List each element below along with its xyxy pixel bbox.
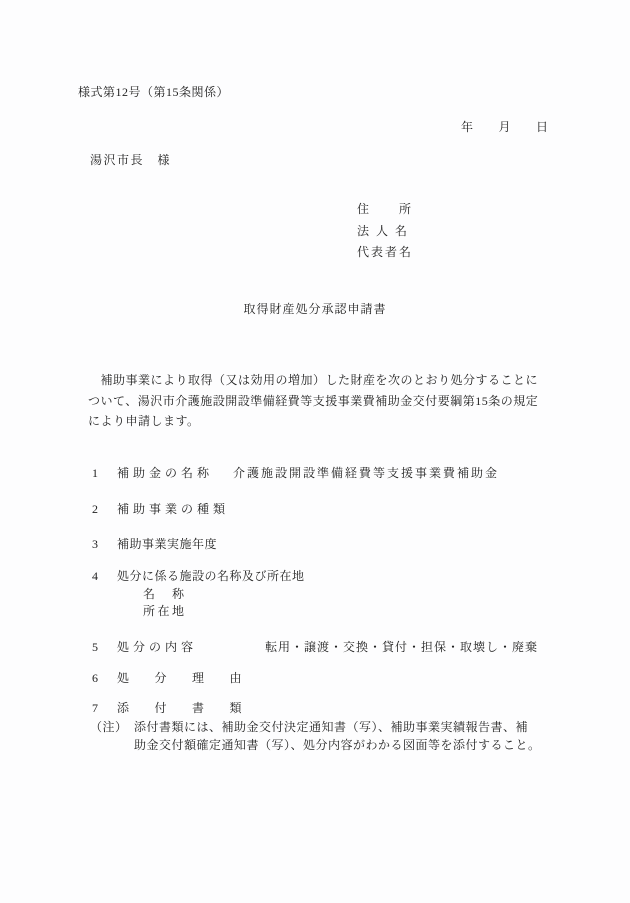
item-label: 処 分 の 内 容 [117,640,194,655]
body-paragraph-line: ついて、湯沢市介護施設開設準備経費等支援事業費補助金交付要綱第15条の規定 [88,391,538,412]
item-number: 6 [92,671,99,686]
applicant-address-label: 住 所 [357,199,413,221]
facility-name-label: 名 称 [143,587,187,602]
item-label: 添 付 書 類 [117,701,242,716]
item-number: 2 [92,502,99,517]
item-label: 処 分 理 由 [117,671,242,686]
facility-location-label: 所在地 [143,604,187,619]
item-label: 補助事業実施年度 [117,537,217,552]
document-title: 取得財産処分承認申請書 [0,302,630,317]
applicant-representative-label: 代表者名 [357,242,413,264]
addressee: 湯沢市長 様 [90,153,171,168]
item-value: 介護施設開設準備経費等支援事業費補助金 [233,466,499,481]
applicant-block: 住 所 法 人 名 代表者名 [357,199,413,264]
form-number: 様式第12号（第15条関係） [78,85,229,100]
item-label: 補 助 事 業 の 種 類 [117,502,226,517]
application-form-page: 様式第12号（第15条関係） 年 月 日 湯沢市長 様 住 所 法 人 名 代表… [0,0,630,903]
item-number: 5 [92,640,99,655]
item-label: 補 助 金 の 名 称 [117,466,210,481]
attachment-note-line: 助金交付額確定通知書（写）、処分内容がわかる図面等を添付すること。 [134,738,541,753]
body-paragraph-line: により申請します。 [88,411,538,432]
item-value: 転用・譲渡・交換・貸付・担保・取壊し・廃棄 [265,640,538,655]
item-number: 4 [92,569,99,584]
attachment-note-line: （注） 添付書類には、補助金交付決定通知書（写）、補助事業実績報告書、補 [90,720,528,735]
body-paragraph: 補助事業により取得（又は効用の増加）した財産を次のとおり処分することに ついて、… [88,370,538,432]
date-line: 年 月 日 [461,120,549,135]
item-label: 処分に係る施設の名称及び所在地 [117,569,305,584]
item-number: 3 [92,537,99,552]
applicant-corporation-label: 法 人 名 [357,221,413,243]
item-number: 7 [92,701,99,716]
item-number: 1 [92,466,99,481]
body-paragraph-line: 補助事業により取得（又は効用の増加）した財産を次のとおり処分することに [88,370,538,391]
